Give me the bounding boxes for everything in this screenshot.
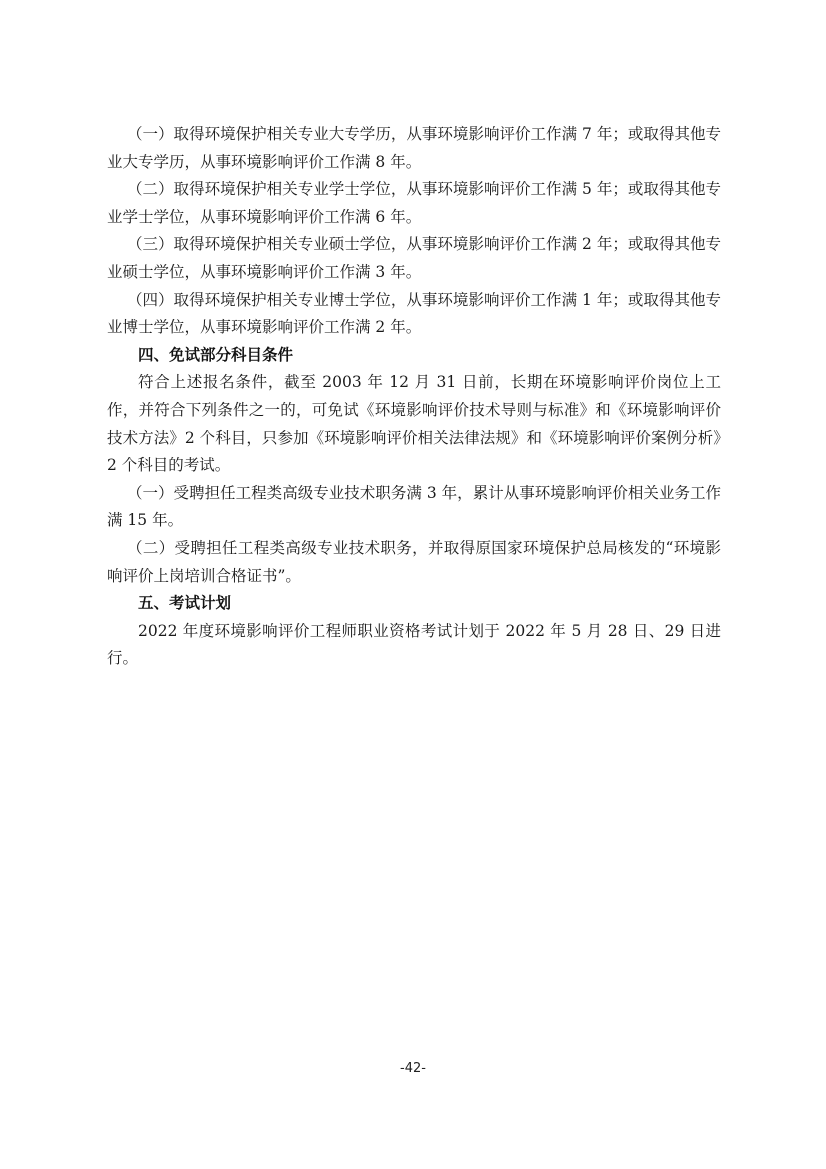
exemption-item-1: （一）受聘担任工程类高级专业技术职务满 3 年，累计从事环境影响评价相关业务工作…	[107, 480, 721, 535]
section-4-heading: 四、免试部分科目条件	[107, 342, 721, 370]
qualification-item-1: （一）取得环境保护相关专业大专学历，从事环境影响评价工作满 7 年；或取得其他专…	[107, 121, 721, 176]
section-4-intro: 符合上述报名条件，截至 2003 年 12 月 31 日前，长期在环境影响评价岗…	[107, 369, 721, 479]
document-page: （一）取得环境保护相关专业大专学历，从事环境影响评价工作满 7 年；或取得其他专…	[0, 0, 826, 1169]
qualification-item-2: （二）取得环境保护相关专业学士学位，从事环境影响评价工作满 5 年；或取得其他专…	[107, 176, 721, 231]
section-5-heading: 五、考试计划	[107, 590, 721, 618]
page-content: （一）取得环境保护相关专业大专学历，从事环境影响评价工作满 7 年；或取得其他专…	[107, 121, 721, 673]
qualification-item-3: （三）取得环境保护相关专业硕士学位，从事环境影响评价工作满 2 年；或取得其他专…	[107, 231, 721, 286]
qualification-item-4: （四）取得环境保护相关专业博士学位，从事环境影响评价工作满 1 年；或取得其他专…	[107, 287, 721, 342]
exemption-item-2: （二）受聘担任工程类高级专业技术职务，并取得原国家环境保护总局核发的“环境影响评…	[107, 535, 721, 590]
page-number: -42-	[0, 1061, 826, 1076]
section-5-body: 2022 年度环境影响评价工程师职业资格考试计划于 2022 年 5 月 28 …	[107, 618, 721, 673]
